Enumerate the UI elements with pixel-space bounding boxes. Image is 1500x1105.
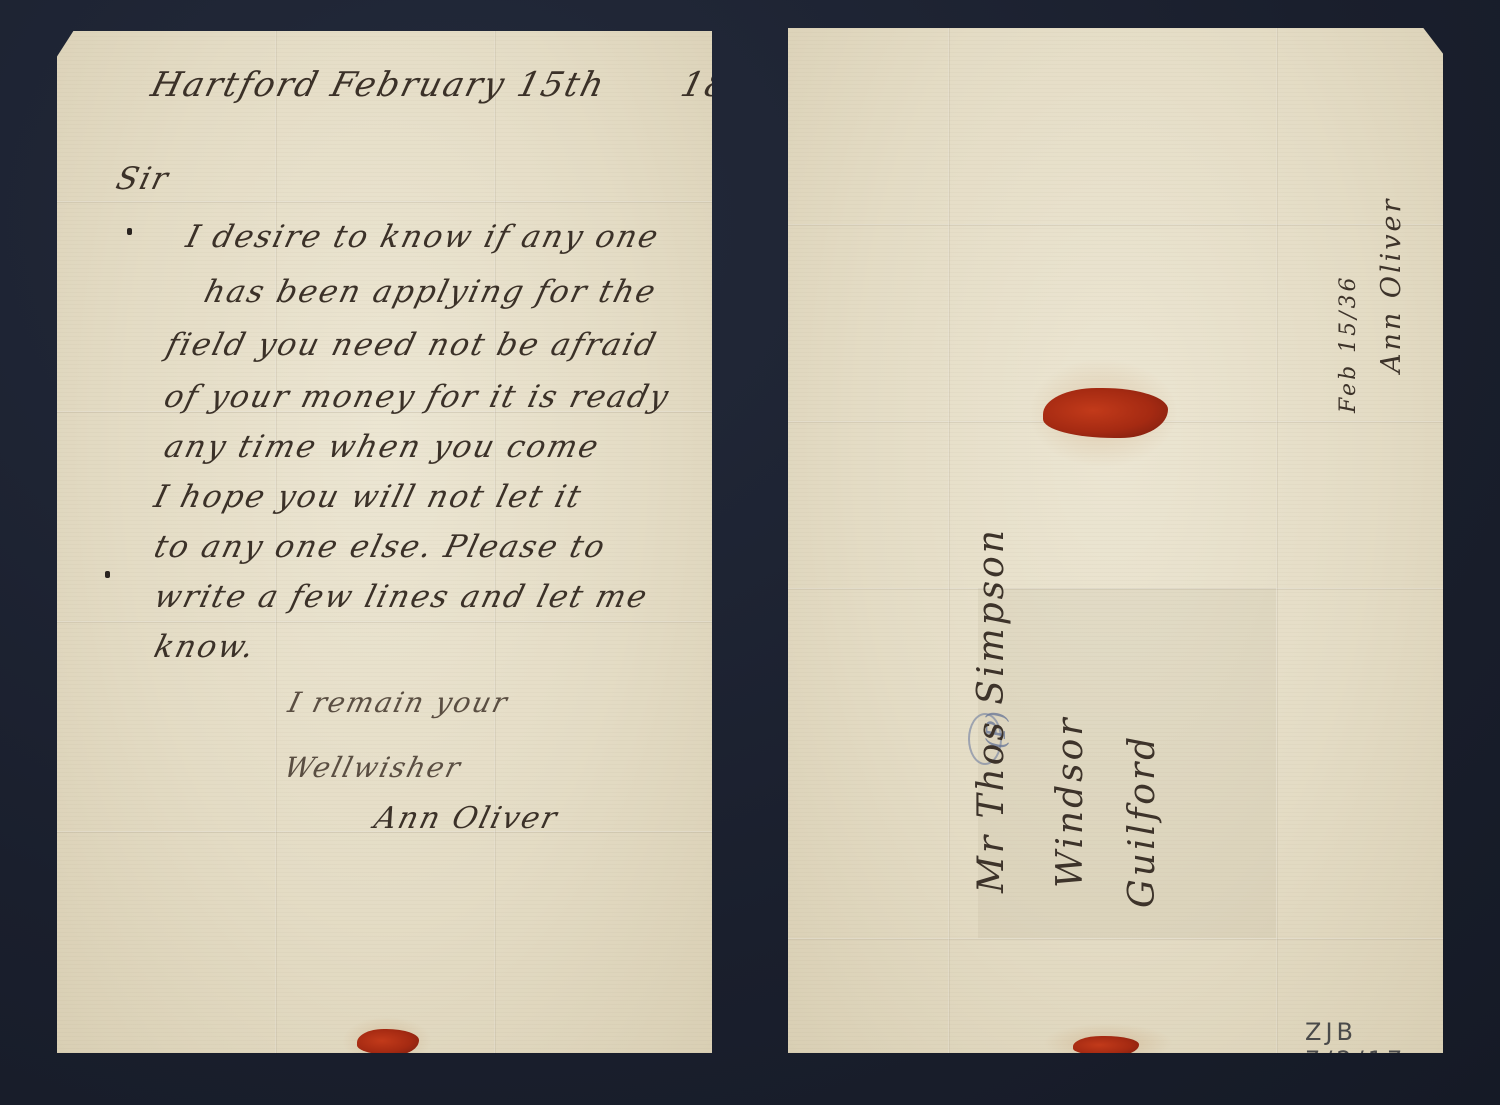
wax-seal-center — [1043, 388, 1168, 438]
ink-blot — [105, 571, 110, 578]
fold-line — [788, 938, 1443, 940]
ink-blot — [127, 228, 132, 235]
body-line: any time when you come — [161, 429, 604, 465]
salutation: Sir — [113, 161, 174, 197]
body-line: has been applying for the — [201, 274, 661, 310]
letter-page-back: Ann Oliver Feb 15/36 (P) Mr Thos Simpson… — [788, 28, 1443, 1053]
address-line-town: Windsor — [1050, 716, 1091, 888]
fold-line — [788, 224, 1443, 226]
body-line: of your money for it is ready — [161, 379, 674, 415]
address-line-recipient: Mr Thos Simpson — [971, 527, 1012, 893]
fold-line — [57, 201, 712, 203]
fold-line — [57, 621, 712, 623]
body-line: I hope you will not let it — [151, 479, 587, 515]
dateline-place: Hartford — [147, 65, 324, 105]
docket-date: Feb 15/36 — [1336, 274, 1361, 413]
docket-name: Ann Oliver — [1376, 197, 1407, 373]
body-line: know. — [151, 629, 260, 665]
closing-line: I remain your — [285, 686, 512, 719]
closing-line: Wellwisher — [281, 751, 465, 784]
body-line: I desire to know if any one — [183, 219, 664, 255]
body-line: write a few lines and let me — [151, 579, 653, 615]
address-line-county: Guilford — [1122, 734, 1163, 908]
dateline-date: February 15th — [327, 65, 610, 105]
body-line: to any one else. Please to — [151, 529, 611, 565]
signature: Ann Oliver — [371, 801, 562, 836]
fold-line — [948, 28, 950, 1053]
body-line: field you need not be afraid — [163, 327, 662, 363]
fold-line — [1276, 28, 1278, 1053]
wax-seal-bottom — [357, 1029, 419, 1055]
dateline: Hartford February 15th 1836 — [147, 65, 781, 105]
letter-page-front: Hartford February 15th 1836 Sir I desire… — [57, 31, 712, 1053]
